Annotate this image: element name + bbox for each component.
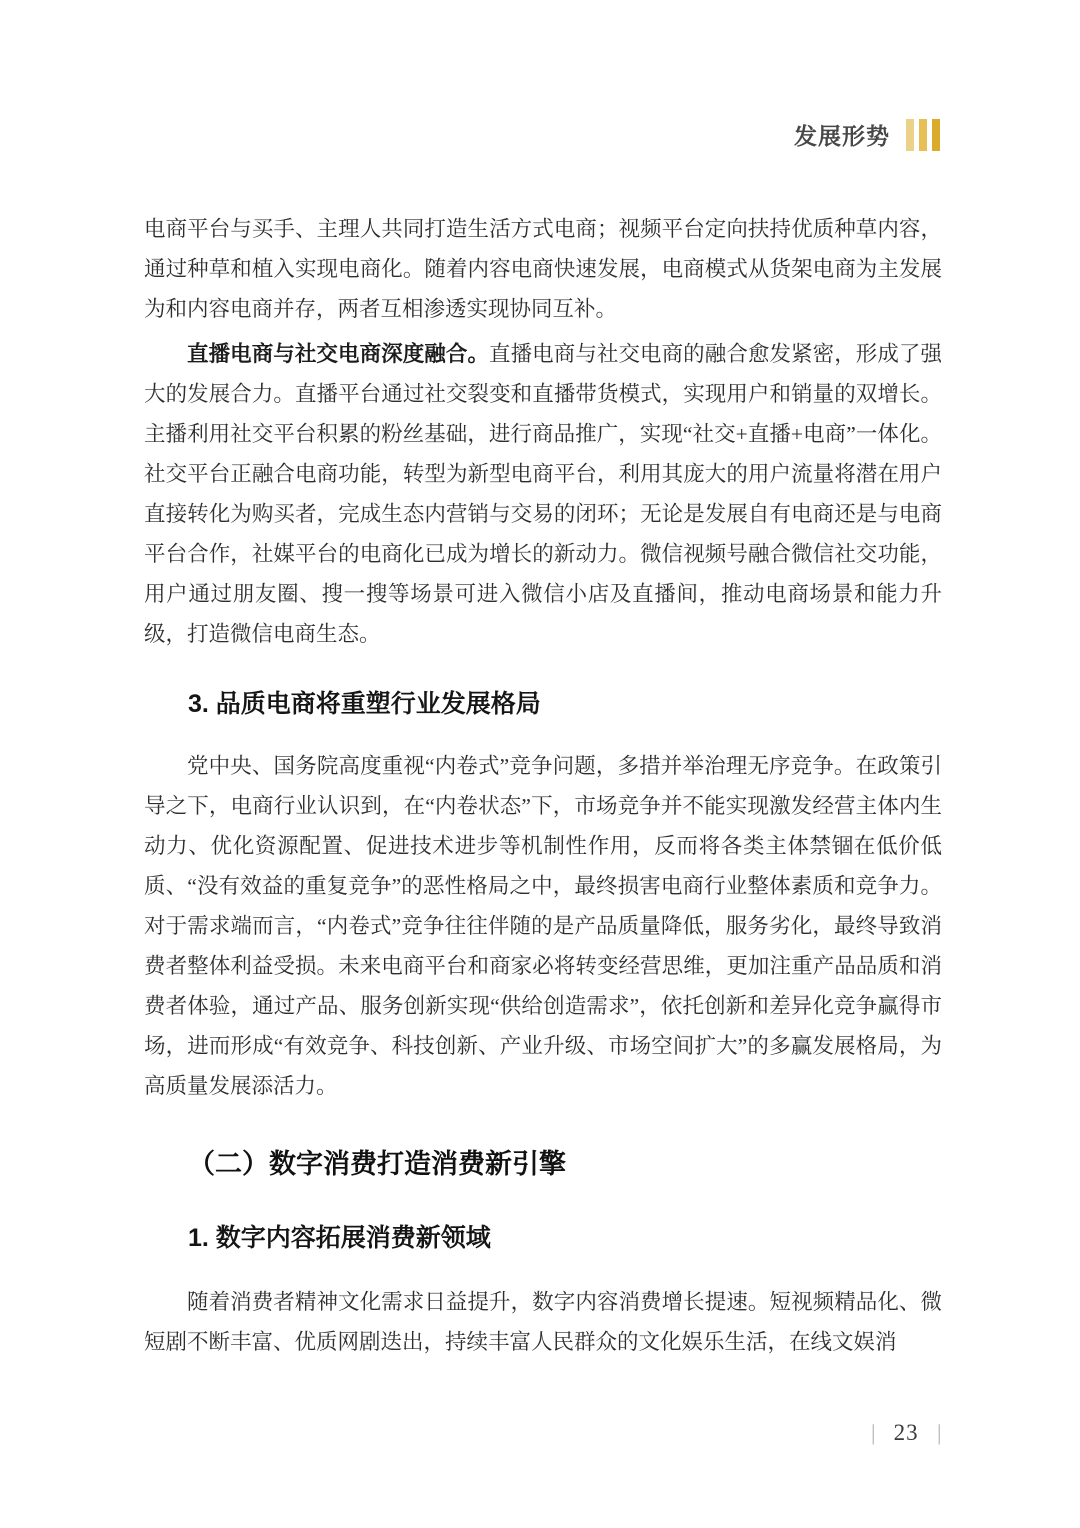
paragraph-continuation: 电商平台与买手、主理人共同打造生活方式电商；视频平台定向扶持优质种草内容，通过种… bbox=[144, 209, 942, 329]
heading-quality-ecommerce: 3. 品质电商将重塑行业发展格局 bbox=[188, 687, 942, 721]
footer-right-divider: | bbox=[937, 1418, 940, 1448]
gold-bar-2 bbox=[919, 119, 927, 151]
paragraph-live-social-ecommerce: 直播电商与社交电商深度融合。直播电商与社交电商的融合愈发紧密，形成了强大的发展合… bbox=[144, 334, 942, 654]
running-header-title: 发展形势 bbox=[794, 118, 890, 151]
page-body: 电商平台与买手、主理人共同打造生活方式电商；视频平台定向扶持优质种草内容，通过种… bbox=[144, 209, 942, 1362]
gold-bar-3 bbox=[932, 119, 940, 151]
footer-left-divider: | bbox=[872, 1418, 875, 1448]
header-bars-icon bbox=[906, 119, 940, 151]
section-heading-digital-consumption: （二）数字消费打造消费新引擎 bbox=[188, 1146, 942, 1182]
page-footer: | 23 | bbox=[871, 1418, 941, 1448]
page-number: 23 bbox=[894, 1418, 919, 1448]
heading-digital-content: 1. 数字内容拓展消费新领域 bbox=[188, 1221, 942, 1255]
paragraph-digital-content: 随着消费者精神文化需求日益提升，数字内容消费增长提速。短视频精品化、微短剧不断丰… bbox=[144, 1282, 942, 1362]
gold-bar-1 bbox=[906, 119, 914, 151]
paragraph-text: 直播电商与社交电商的融合愈发紧密，形成了强大的发展合力。直播平台通过社交裂变和直… bbox=[144, 342, 942, 646]
document-page: 发展形势 电商平台与买手、主理人共同打造生活方式电商；视频平台定向扶持优质种草内… bbox=[0, 0, 1080, 1528]
running-header: 发展形势 bbox=[794, 118, 940, 151]
paragraph-quality-ecommerce: 党中央、国务院高度重视“内卷式”竞争问题，多措并举治理无序竞争。在政策引导之下，… bbox=[144, 746, 942, 1106]
paragraph-bold-lead: 直播电商与社交电商深度融合。 bbox=[187, 342, 489, 366]
